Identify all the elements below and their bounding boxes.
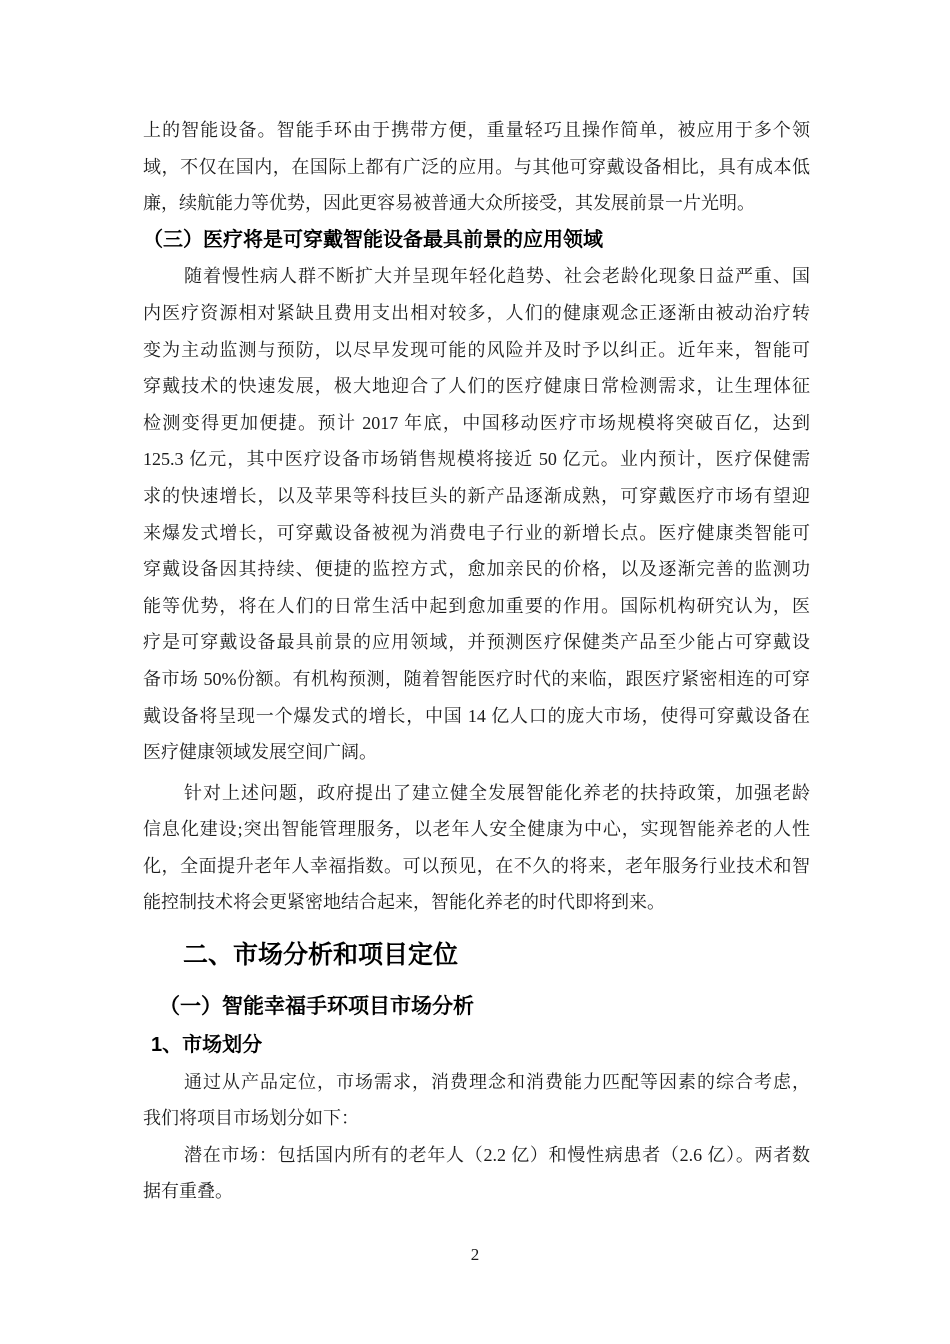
paragraph-line: 125.3 亿元，其中医疗设备市场销售规模将接近 50 亿元。业内预计，医疗保健… [143,441,810,478]
page-number: 2 [471,1245,480,1264]
chapter-heading: 二、市场分析和项目定位 [143,931,810,979]
paragraph-line: 据有重叠。 [143,1173,810,1210]
numbered-heading: 1、市场划分 [143,1027,810,1064]
section-heading: （一）智能幸福手环项目市场分析 [143,987,810,1027]
paragraph-line: 穿戴技术的快速发展，极大地迎合了人们的医疗健康日常检测需求，让生理体征 [143,368,810,405]
paragraph-line: 我们将项目市场划分如下： [143,1100,810,1137]
document-content: 上的智能设备。智能手环由于携带方便，重量轻巧且操作简单，被应用于多个领域，不仅在… [143,112,810,1210]
paragraph-line: 医疗健康领域发展空间广阔。 [143,734,810,771]
paragraph-line: 信息化建设;突出智能管理服务，以老年人安全健康为中心，实现智能养老的人性 [143,811,810,848]
paragraph-line: 域，不仅在国内，在国际上都有广泛的应用。与其他可穿戴设备相比，具有成本低 [143,149,810,186]
document-page: 上的智能设备。智能手环由于携带方便，重量轻巧且操作简单，被应用于多个领域，不仅在… [0,0,950,1344]
paragraph-line: 上的智能设备。智能手环由于携带方便，重量轻巧且操作简单，被应用于多个领 [143,112,810,149]
paragraph-line: 备市场 50%份额。有机构预测，随着智能医疗时代的来临，跟医疗紧密相连的可穿 [143,661,810,698]
paragraph-line: 疗是可穿戴设备最具前景的应用领域，并预测医疗保健类产品至少能占可穿戴设 [143,624,810,661]
page-footer: 2 [0,1240,950,1270]
paragraph-line: 求的快速增长，以及苹果等科技巨头的新产品逐渐成熟，可穿戴医疗市场有望迎 [143,478,810,515]
paragraph-line: 能等优势，将在人们的日常生活中起到愈加重要的作用。国际机构研究认为，医 [143,588,810,625]
paragraph-line: 穿戴设备因其持续、便捷的监控方式，愈加亲民的价格，以及逐渐完善的监测功 [143,551,810,588]
paragraph-line: 能控制技术将会更紧密地结合起来，智能化养老的时代即将到来。 [143,884,810,921]
paragraph-line: 廉，续航能力等优势，因此更容易被普通大众所接受，其发展前景一片光明。 [143,185,810,222]
sub-section-heading: （三）医疗将是可穿戴智能设备最具前景的应用领域 [143,222,810,259]
paragraph-line: 化，全面提升老年人幸福指数。可以预见，在不久的将来，老年服务行业技术和智 [143,848,810,885]
paragraph-line: 变为主动监测与预防，以尽早发现可能的风险并及时予以纠正。近年来，智能可 [143,332,810,369]
paragraph-line: 潜在市场：包括国内所有的老年人（2.2 亿）和慢性病患者（2.6 亿）。两者数 [143,1137,810,1174]
paragraph-line: 针对上述问题，政府提出了建立健全发展智能化养老的扶持政策，加强老龄 [143,775,810,812]
paragraph-line: 来爆发式增长，可穿戴设备被视为消费电子行业的新增长点。医疗健康类智能可 [143,515,810,552]
paragraph-line: 戴设备将呈现一个爆发式的增长，中国 14 亿人口的庞大市场，使得可穿戴设备在 [143,698,810,735]
paragraph-line: 检测变得更加便捷。预计 2017 年底，中国移动医疗市场规模将突破百亿，达到 [143,405,810,442]
paragraph-line: 随着慢性病人群不断扩大并呈现年轻化趋势、社会老龄化现象日益严重、国 [143,258,810,295]
paragraph-line: 通过从产品定位，市场需求，消费理念和消费能力匹配等因素的综合考虑， [143,1064,810,1101]
paragraph-line: 内医疗资源相对紧缺且费用支出相对较多，人们的健康观念正逐渐由被动治疗转 [143,295,810,332]
